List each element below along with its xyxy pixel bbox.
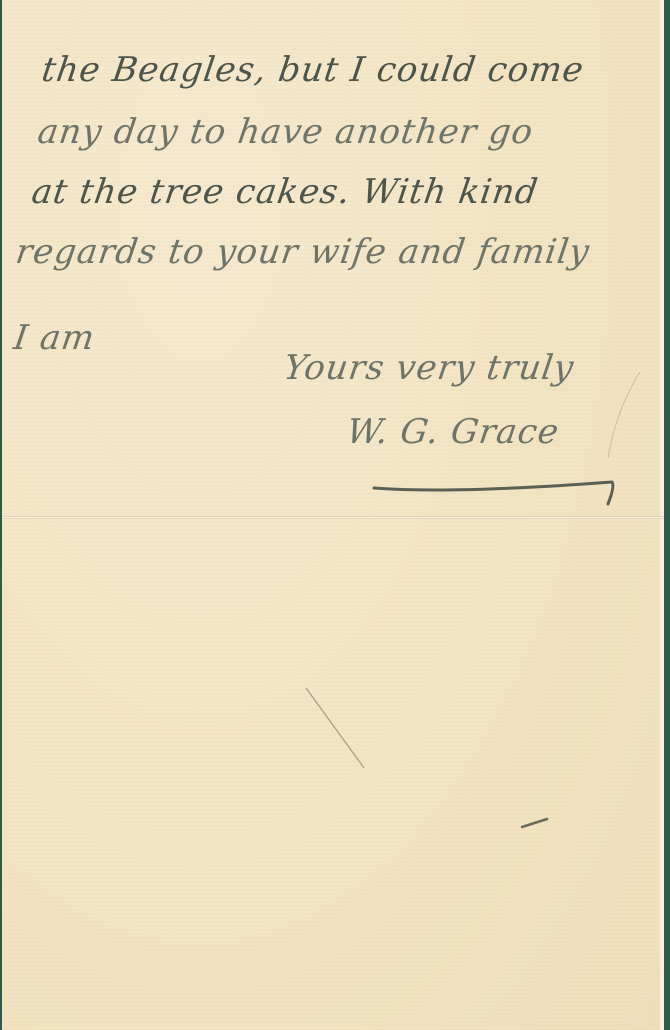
pencil-stroke bbox=[302, 684, 372, 774]
letter-line-4: regards to your wife and family bbox=[13, 232, 592, 272]
letter-line-1: the Beagles, but I could come bbox=[39, 50, 586, 90]
letter-page: the Beagles, but I could come any day to… bbox=[2, 0, 664, 1030]
signature-flourish bbox=[372, 478, 617, 508]
letter-line-3: at the tree cakes. With kind bbox=[29, 172, 541, 212]
letter-line-2: any day to have another go bbox=[35, 112, 536, 152]
letter-signature: W. G. Grace bbox=[344, 412, 562, 452]
pencil-mark-right bbox=[602, 370, 642, 460]
letter-closing: Yours very truly bbox=[281, 348, 576, 388]
letter-line-5: I am bbox=[11, 318, 97, 358]
paper-fold-line bbox=[2, 516, 664, 519]
ink-blot bbox=[520, 816, 550, 830]
